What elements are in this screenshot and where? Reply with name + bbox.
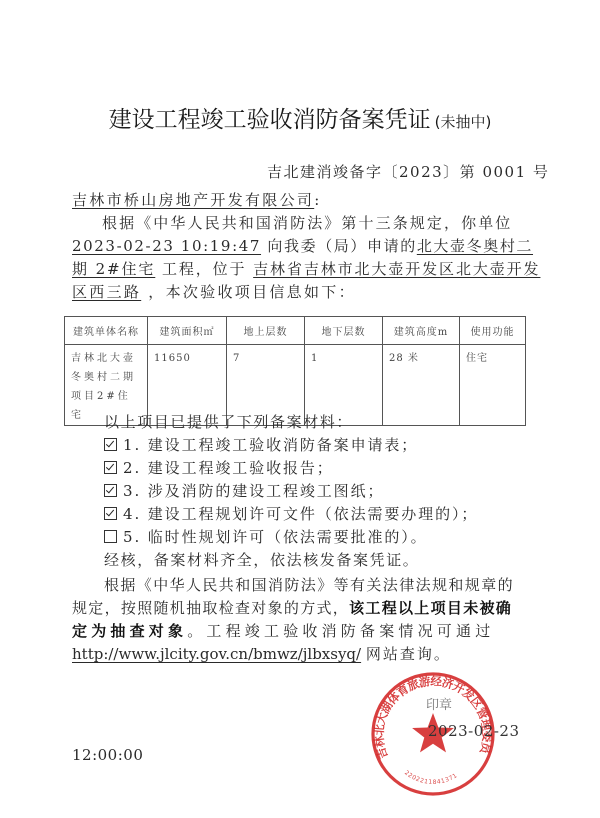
- address-part1: 吉林省吉林市北大壶开发区北大壶开发: [253, 260, 540, 278]
- addressee-colon: :: [314, 191, 321, 209]
- cell-function: 住宅: [460, 345, 526, 426]
- title-suffix: (未抽中): [435, 113, 492, 131]
- para1-line4-tail: ，本次验收项目信息如下：: [148, 283, 356, 301]
- para2-line2: 规定，按照随机抽取检查对象的方式，该工程以上项目未被确: [72, 598, 512, 618]
- col-header-building-name: 建筑单体名称: [65, 317, 148, 345]
- addressee-name: 吉林市桥山房地产开发有限公司: [72, 191, 314, 209]
- para1-line2: 2023-02-23 10:19:47 向我委（局）申请的北大壶冬奥村二: [72, 236, 533, 256]
- seal-overlay-word: 印章: [426, 694, 452, 713]
- material-label: 4. 建设工程规划许可文件（依法需要办理的）；: [123, 505, 478, 523]
- materials-intro: 以上项目已提供了下列备案材料：: [104, 412, 353, 432]
- svg-text:2202211841371: 2202211841371: [403, 769, 459, 786]
- checkbox-checked-icon: [104, 507, 117, 520]
- doc-number: 吉北建消竣备字〔2023〕第 0001 号: [267, 162, 549, 182]
- document-title: 建设工程竣工验收消防备案凭证(未抽中): [0, 101, 600, 134]
- address-part2: 区西三路: [72, 283, 141, 301]
- para2-line3-normal: 。工程竣工验收消防备案情况可通过: [187, 622, 494, 640]
- material-item-4: 4. 建设工程规划许可文件（依法需要办理的）；: [104, 504, 478, 524]
- para2-line1: 根据《中华人民共和国消防法》等有关法律法规和规章的: [104, 575, 514, 595]
- material-label: 1. 建设工程竣工验收消防备案申请表；: [123, 436, 418, 454]
- para1-line3-mid: 工程，位于: [162, 260, 247, 278]
- material-item-2: 2. 建设工程竣工验收报告；: [104, 458, 334, 478]
- apply-time: 2023-02-23 10:19:47: [72, 237, 261, 255]
- material-item-5: 5. 临时性规划许可（依法需要批准的）。: [104, 527, 428, 547]
- checkbox-checked-icon: [104, 484, 117, 497]
- para1-line2-mid: 向我委（局）申请的: [267, 237, 416, 255]
- project-name-part2: 期 2#住宅: [72, 260, 155, 278]
- para2-line4: http://www.jlcity.gov.cn/bmwz/jlbxsyq/ 网…: [72, 644, 451, 664]
- checkbox-checked-icon: [104, 461, 117, 474]
- material-label: 5. 临时性规划许可（依法需要批准的）。: [123, 528, 428, 546]
- table-header-row: 建筑单体名称 建筑面积㎡ 地上层数 地下层数 建筑高度m 使用功能: [65, 317, 526, 345]
- not-selected-notice-cont: 定为抽查对象: [72, 622, 187, 640]
- para2-line3: 定为抽查对象。工程竣工验收消防备案情况可通过: [72, 621, 494, 641]
- col-header-floors-below: 地下层数: [305, 317, 383, 345]
- addressee: 吉林市桥山房地产开发有限公司:: [72, 190, 322, 210]
- material-label: 2. 建设工程竣工验收报告；: [123, 459, 334, 477]
- col-header-floors-above: 地上层数: [227, 317, 305, 345]
- material-item-3: 3. 涉及消防的建设工程竣工图纸；: [104, 481, 384, 501]
- project-info-table: 建筑单体名称 建筑面积㎡ 地上层数 地下层数 建筑高度m 使用功能 吉林北大壶冬…: [64, 316, 526, 426]
- col-header-height: 建筑高度m: [383, 317, 460, 345]
- para1-line3: 期 2#住宅 工程，位于 吉林省吉林市北大壶开发区北大壶开发: [72, 259, 540, 279]
- issue-date: 2023-02-23: [428, 722, 519, 740]
- checkbox-checked-icon: [104, 438, 117, 451]
- material-item-1: 1. 建设工程竣工验收消防备案申请表；: [104, 435, 418, 455]
- para2-line4-tail: 网站查询。: [366, 645, 451, 663]
- time-stamp: 12:00:00: [72, 745, 143, 765]
- project-name-part1: 北大壶冬奥村二: [417, 237, 533, 255]
- cell-height: 28 米: [383, 345, 460, 426]
- para1-line1: 根据《中华人民共和国消防法》第十三条规定，你单位: [102, 213, 512, 233]
- para2-line2-normal: 规定，按照随机抽取检查对象的方式，: [72, 599, 349, 617]
- para1-line4: 区西三路 ，本次验收项目信息如下：: [72, 282, 356, 302]
- material-label: 3. 涉及消防的建设工程竣工图纸；: [123, 482, 384, 500]
- col-header-function: 使用功能: [460, 317, 526, 345]
- title-main: 建设工程竣工验收消防备案凭证: [109, 107, 431, 133]
- query-website-link[interactable]: http://www.jlcity.gov.cn/bmwz/jlbxsyq/: [72, 645, 361, 663]
- not-selected-notice: 该工程以上项目未被确: [349, 599, 512, 617]
- verify-text: 经核，备案材料齐全，依法核发备案凭证。: [104, 550, 419, 570]
- checkbox-unchecked-icon: [104, 530, 117, 543]
- col-header-area: 建筑面积㎡: [148, 317, 227, 345]
